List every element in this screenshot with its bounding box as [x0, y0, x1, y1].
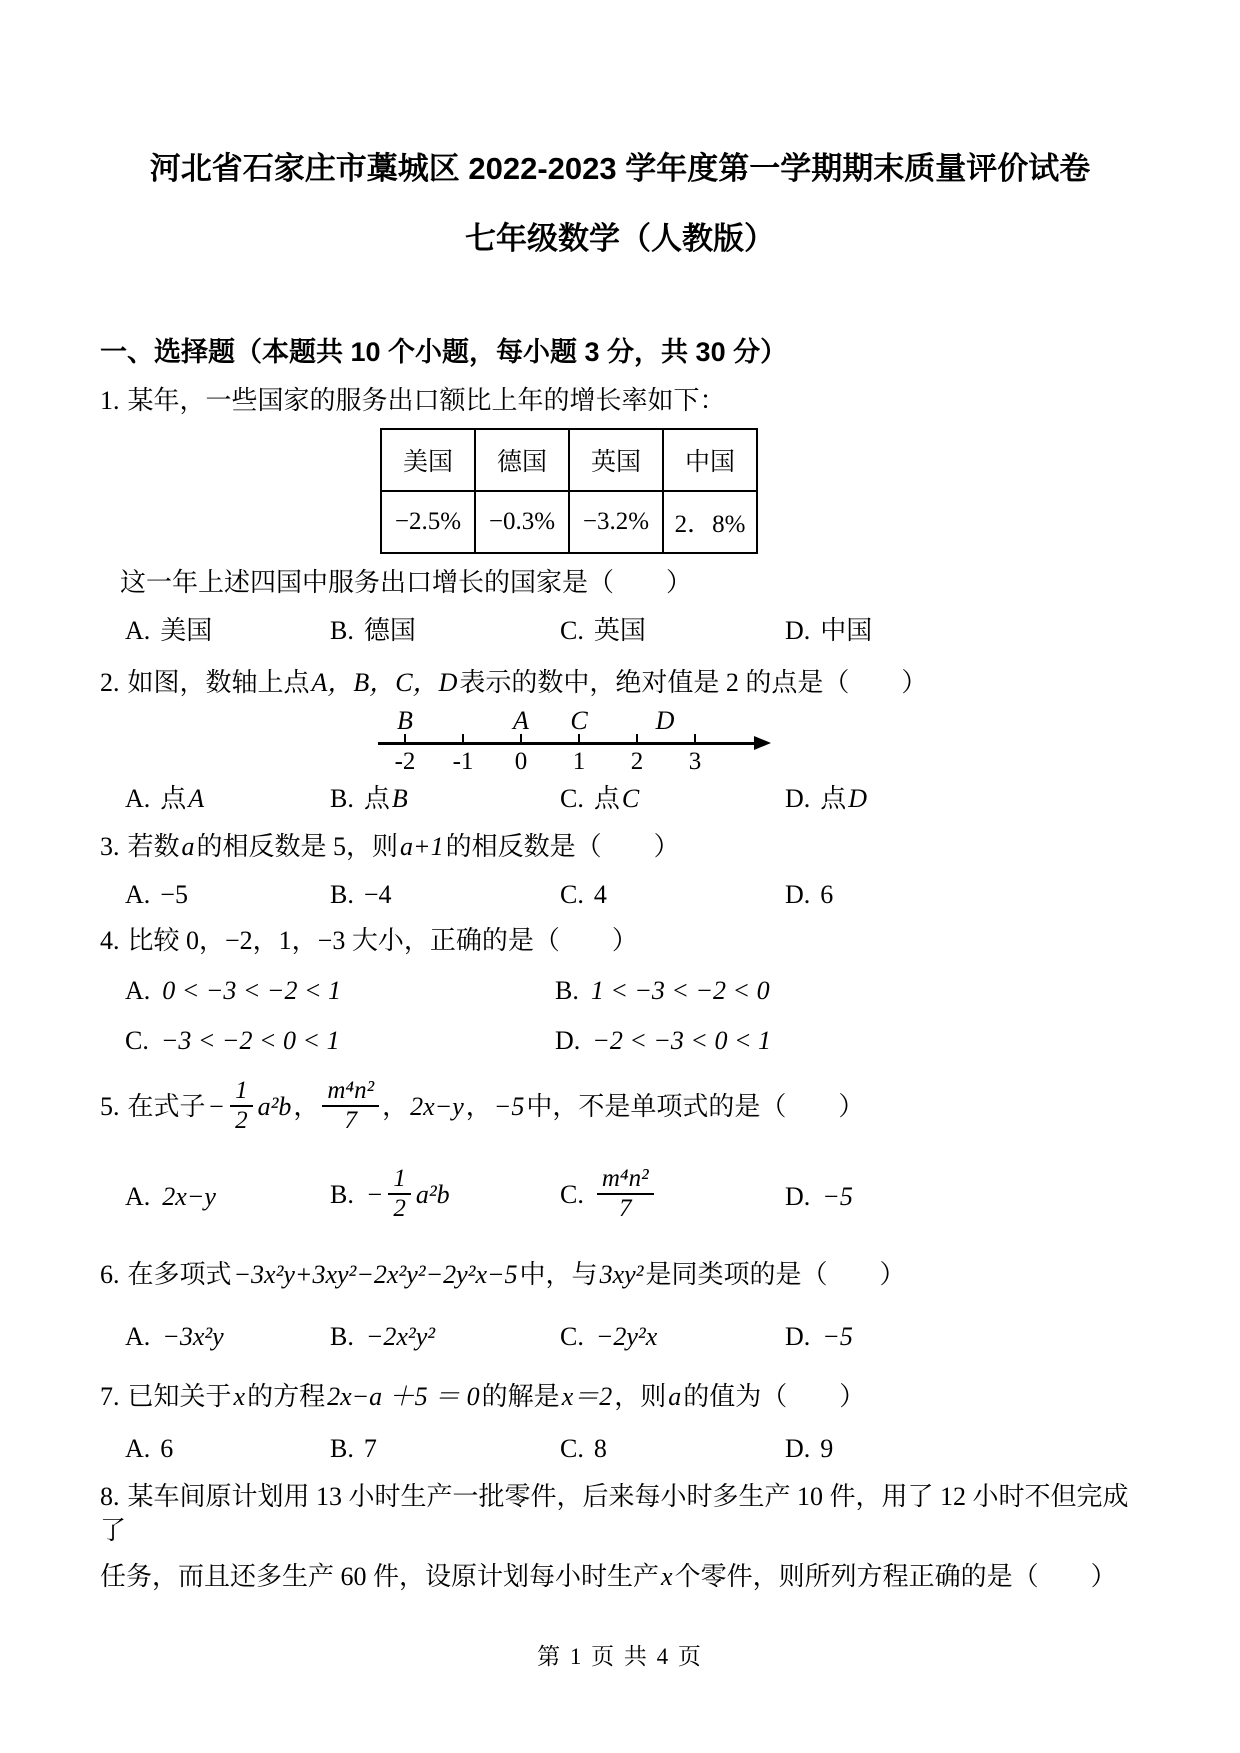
option-c: C.英国 — [560, 614, 785, 648]
math-term: A，B，C，D — [310, 668, 460, 697]
question-number: 3. — [100, 832, 120, 861]
option-label: C. — [125, 1026, 149, 1055]
table-value-cell: −0.3% — [475, 491, 569, 553]
fraction-numerator: m⁴n² — [322, 1077, 379, 1107]
separator: ， — [382, 1092, 408, 1121]
option-d: D.中国 — [785, 614, 1140, 648]
option-a: A.0 < −3 < −2 < 1 — [125, 974, 555, 1008]
math-term: a+1 — [398, 832, 446, 861]
question-number: 4. — [100, 926, 120, 955]
option-label: A. — [125, 880, 150, 909]
question-6-options: A.−3x²y B.−2x²y² C.−2y²x D.−5 — [100, 1292, 1140, 1354]
question-text: 的解是 — [482, 1382, 560, 1411]
math-term: a — [666, 1382, 683, 1411]
math-term: x＝2 — [560, 1382, 615, 1411]
page-title-line2: 七年级数学（人教版） — [100, 190, 1140, 260]
table-value-cell: 2．8% — [663, 491, 757, 553]
option-b: B.1 < −3 < −2 < 0 — [555, 974, 1140, 1008]
option-label: D. — [785, 1434, 810, 1463]
option-text: 点 — [594, 784, 620, 813]
option-d: D.−5 — [785, 1180, 1140, 1214]
math-term: x — [232, 1382, 248, 1411]
separator: ， — [466, 1092, 492, 1121]
fraction-denominator: 2 — [388, 1195, 411, 1223]
question-text: 已知关于 — [128, 1382, 232, 1411]
option-text: 1 < −3 < −2 < 0 — [589, 976, 772, 1005]
option-label: A. — [125, 784, 150, 813]
question-4: 4.比较 0，−2，1，−3 大小，正确的是（ ） — [100, 912, 1140, 958]
math-term: A — [186, 784, 206, 813]
point-label-d: D — [656, 706, 675, 736]
table-header-cell: 美国 — [381, 429, 475, 491]
option-c: C.−2y²x — [560, 1320, 785, 1354]
option-text: 点 — [820, 784, 846, 813]
option-a: A.点A — [125, 782, 330, 816]
question-text: 中，不是单项式的是（ ） — [526, 1092, 864, 1121]
math-term: 2x−a ＋5 ＝ 0 — [325, 1382, 482, 1411]
question-8-line1: 8.某车间原计划用 13 小时生产一批零件，后来每小时多生产 10 件，用了 1… — [100, 1466, 1140, 1548]
option-text: 8 — [594, 1434, 607, 1463]
option-b: B.德国 — [330, 614, 560, 648]
option-d: D.9 — [785, 1432, 1140, 1466]
math-term: D — [846, 784, 869, 813]
fraction-denominator: 2 — [230, 1107, 253, 1135]
tick-mark — [462, 734, 464, 743]
table-header-cell: 中国 — [663, 429, 757, 491]
point-label-c: C — [570, 706, 587, 736]
option-c: C.点C — [560, 782, 785, 816]
option-label: A. — [125, 1434, 150, 1463]
option-c: C.8 — [560, 1432, 785, 1466]
question-8-line2: 任务，而且还多生产 60 件，设原计划每小时生产x个零件，则所列方程正确的是（ … — [100, 1548, 1140, 1594]
option-d: D.点D — [785, 782, 1140, 816]
option-c: C.4 — [560, 878, 785, 912]
question-text: 在式子 — [128, 1092, 206, 1121]
option-d: D.6 — [785, 878, 1140, 912]
tick-label: -2 — [395, 748, 416, 776]
option-label: B. — [330, 1322, 354, 1351]
option-b: B.−2x²y² — [330, 1320, 560, 1354]
option-text: 6 — [160, 1434, 173, 1463]
option-text: 2x−y — [160, 1182, 218, 1211]
question-7-options: A.6 B.7 C.8 D.9 — [100, 1414, 1140, 1466]
point-label-a: A — [513, 706, 529, 736]
question-text: 在多项式 — [128, 1260, 232, 1289]
question-text: ，则 — [614, 1382, 666, 1411]
math-term: a²b — [256, 1092, 294, 1121]
question-text: 中，与 — [520, 1260, 598, 1289]
tick-mark — [694, 734, 696, 743]
fraction-denominator: 7 — [322, 1107, 379, 1135]
fraction-numerator: 1 — [388, 1165, 411, 1195]
option-label: A. — [125, 616, 150, 645]
arrow-right-icon — [754, 736, 771, 750]
option-label: B. — [330, 880, 354, 909]
option-text: −4 — [364, 880, 392, 909]
question-text: 某车间原计划用 13 小时生产一批零件，后来每小时多生产 10 件，用了 12 … — [100, 1482, 1129, 1545]
tick-label: 1 — [573, 748, 586, 776]
option-text: −5 — [160, 880, 188, 909]
option-c: C.m⁴n²7 — [560, 1168, 785, 1226]
option-text: 美国 — [160, 616, 212, 645]
axis-line — [378, 742, 758, 745]
option-text: −5 — [820, 1322, 855, 1351]
question-2-options: A.点A B.点B C.点C D.点D — [100, 774, 1140, 816]
table-header-cell: 德国 — [475, 429, 569, 491]
option-label: A. — [125, 1322, 150, 1351]
point-label-b: B — [397, 706, 413, 736]
option-text: −5 — [820, 1182, 855, 1211]
question-number: 7. — [100, 1382, 120, 1411]
math-term: a²b — [414, 1180, 452, 1209]
option-text: 英国 — [594, 616, 646, 645]
section-heading: 一、选择题（本题共 10 个小题，每小题 3 分，共 30 分） — [100, 260, 1140, 370]
option-a: A.−3x²y — [125, 1320, 330, 1354]
table-value-cell: −3.2% — [569, 491, 663, 553]
tick-mark — [636, 734, 638, 743]
table-value-cell: −2.5% — [381, 491, 475, 553]
option-label: D. — [785, 1182, 810, 1211]
question-number: 5. — [100, 1092, 120, 1121]
option-text: 9 — [820, 1434, 833, 1463]
math-term: −3x²y+3xy²−2x²y²−2y²x−5 — [232, 1260, 520, 1289]
math-term: B — [390, 784, 410, 813]
question-5: 5.在式子−12a²b，m⁴n²7，2x−y，−5中，不是单项式的是（ ） — [100, 1058, 1140, 1138]
question-text: 的值为（ ） — [683, 1382, 865, 1411]
fraction-numerator: 1 — [230, 1077, 253, 1107]
question-text: 比较 0，−2，1，−3 大小，正确的是（ ） — [128, 926, 638, 955]
question-3: 3.若数a的相反数是 5，则a+1的相反数是（ ） — [100, 816, 1140, 864]
option-label: B. — [330, 616, 354, 645]
tick-label: 3 — [689, 748, 702, 776]
option-text: −3x²y — [160, 1322, 225, 1351]
option-label: C. — [560, 1322, 584, 1351]
question-1: 1.某年，一些国家的服务出口额比上年的增长率如下： — [100, 370, 1140, 418]
option-b: B.7 — [330, 1432, 560, 1466]
question-text: 个零件，则所列方程正确的是（ ） — [675, 1562, 1117, 1591]
tick-label: -1 — [453, 748, 474, 776]
question-text: 若数 — [128, 832, 180, 861]
option-text: −2x²y² — [364, 1322, 437, 1351]
option-label: C. — [560, 880, 584, 909]
option-a: A.美国 — [125, 614, 330, 648]
option-d: D.−5 — [785, 1320, 1140, 1354]
option-b: B.−12a²b — [330, 1168, 560, 1226]
question-text: 的方程 — [247, 1382, 325, 1411]
table-value-row: −2.5% −0.3% −3.2% 2．8% — [381, 491, 757, 553]
fraction: 12 — [230, 1077, 253, 1135]
page-content: 河北省石家庄市藁城区 2022-2023 学年度第一学期期末质量评价试卷 七年级… — [0, 0, 1240, 1594]
math-term: −5 — [492, 1092, 527, 1121]
question-number: 6. — [100, 1260, 120, 1289]
option-a: A.6 — [125, 1432, 330, 1466]
option-label: B. — [555, 976, 579, 1005]
question-number: 2. — [100, 668, 120, 697]
option-b: B.−4 — [330, 878, 560, 912]
option-label: A. — [125, 1182, 150, 1211]
option-text: −2y²x — [594, 1322, 659, 1351]
question-text: 表示的数中，绝对值是 2 的点是（ ） — [459, 668, 927, 697]
exam-paper-page: 河北省石家庄市藁城区 2022-2023 学年度第一学期期末质量评价试卷 七年级… — [0, 0, 1240, 1753]
table-header-cell: 英国 — [569, 429, 663, 491]
question-text: 的相反数是 5，则 — [197, 832, 399, 861]
fraction: 12 — [388, 1165, 411, 1223]
table-header-row: 美国 德国 英国 中国 — [381, 429, 757, 491]
option-label: B. — [330, 1434, 354, 1463]
option-label: D. — [785, 880, 810, 909]
option-label: B. — [330, 784, 354, 813]
option-text: 0 < −3 < −2 < 1 — [160, 976, 343, 1005]
option-a: A.2x−y — [125, 1180, 330, 1214]
page-title-line1: 河北省石家庄市藁城区 2022-2023 学年度第一学期期末质量评价试卷 — [100, 0, 1140, 190]
question-text: 如图，数轴上点 — [128, 668, 310, 697]
math-sign: − — [364, 1180, 386, 1209]
question-text: 某年，一些国家的服务出口额比上年的增长率如下： — [128, 386, 726, 415]
tick-label: 0 — [515, 748, 528, 776]
question-text: 是同类项的是（ ） — [645, 1260, 905, 1289]
page-footer: 第 1 页 共 4 页 — [0, 1638, 1240, 1671]
question-number: 8. — [100, 1482, 120, 1511]
fraction: m⁴n²7 — [597, 1165, 654, 1223]
math-term: 2x−y — [408, 1092, 466, 1121]
option-label: D. — [555, 1026, 580, 1055]
question-text: 任务，而且还多生产 60 件，设原计划每小时生产 — [100, 1562, 659, 1591]
math-term: C — [620, 784, 641, 813]
option-text: 7 — [364, 1434, 377, 1463]
option-text: 德国 — [364, 616, 416, 645]
option-label: C. — [560, 1434, 584, 1463]
math-sign: − — [206, 1092, 228, 1121]
question-5-options: A.2x−y B.−12a²b C.m⁴n²7 D.−5 — [100, 1138, 1140, 1226]
growth-rate-table: 美国 德国 英国 中国 −2.5% −0.3% −3.2% 2．8% — [380, 428, 758, 554]
option-label: C. — [560, 1180, 584, 1209]
option-label: C. — [560, 616, 584, 645]
separator: ， — [293, 1092, 319, 1121]
number-line: -2 -1 0 1 2 3 B A C D — [378, 704, 778, 774]
option-a: A.−5 — [125, 878, 330, 912]
fraction-denominator: 7 — [597, 1195, 654, 1223]
fraction-numerator: m⁴n² — [597, 1165, 654, 1195]
question-1-subtext: 这一年上述四国中服务出口增长的国家是（ ） — [100, 554, 1140, 600]
option-label: D. — [785, 616, 810, 645]
option-text: −2 < −3 < 0 < 1 — [590, 1026, 773, 1055]
question-4-options: A.0 < −3 < −2 < 1 B.1 < −3 < −2 < 0 C.−3… — [100, 958, 1140, 1058]
option-label: D. — [785, 784, 810, 813]
option-label: C. — [560, 784, 584, 813]
question-7: 7.已知关于x的方程2x−a ＋5 ＝ 0的解是x＝2，则a的值为（ ） — [100, 1354, 1140, 1414]
question-text: 的相反数是（ ） — [446, 832, 680, 861]
question-6: 6.在多项式−3x²y+3xy²−2x²y²−2y²x−5中，与3xy²是同类项… — [100, 1226, 1140, 1292]
question-number: 1. — [100, 386, 120, 415]
question-1-options: A.美国 B.德国 C.英国 D.中国 — [100, 600, 1140, 648]
fraction: m⁴n²7 — [322, 1077, 379, 1135]
option-c: C.−3 < −2 < 0 < 1 — [125, 1024, 555, 1058]
option-text: 中国 — [820, 616, 872, 645]
option-b: B.点B — [330, 782, 560, 816]
option-text: −3 < −2 < 0 < 1 — [159, 1026, 342, 1055]
question-2: 2.如图，数轴上点A，B，C，D表示的数中，绝对值是 2 的点是（ ） — [100, 648, 1140, 700]
math-term: x — [659, 1562, 675, 1591]
tick-label: 2 — [631, 748, 644, 776]
option-label: A. — [125, 976, 150, 1005]
math-term: a — [180, 832, 197, 861]
option-label: B. — [330, 1180, 354, 1209]
option-text: 4 — [594, 880, 607, 909]
option-label: D. — [785, 1322, 810, 1351]
option-text: 点 — [364, 784, 390, 813]
option-text: 点 — [160, 784, 186, 813]
math-term: 3xy² — [598, 1260, 646, 1289]
option-d: D.−2 < −3 < 0 < 1 — [555, 1024, 1140, 1058]
question-3-options: A.−5 B.−4 C.4 D.6 — [100, 864, 1140, 912]
option-text: 6 — [820, 880, 833, 909]
